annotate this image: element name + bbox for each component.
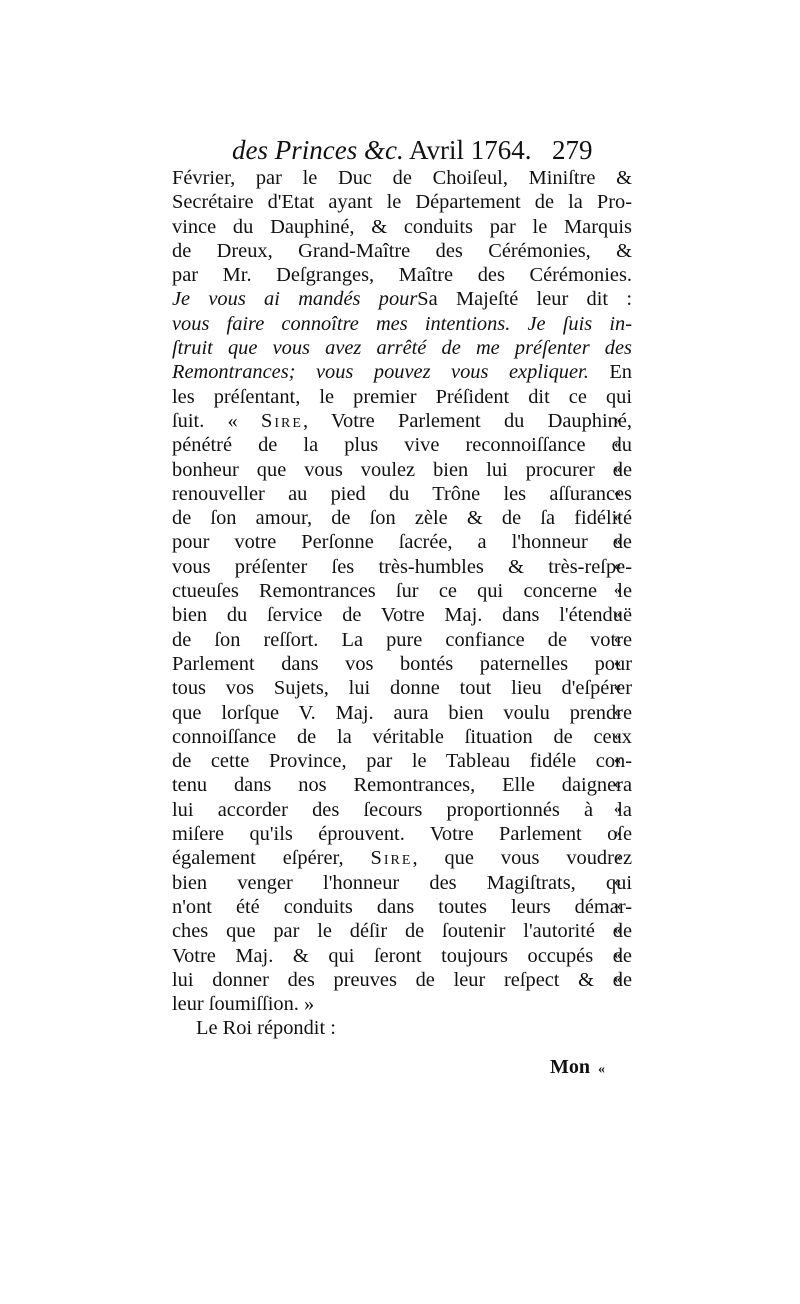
- text-line: de ſon amour, de ſon zèle & de ſa fidéli…: [172, 506, 632, 530]
- catchword: Mon«: [550, 1056, 605, 1079]
- marginal-quote-mark: «: [614, 822, 621, 846]
- line-text: de ſon amour, de ſon zèle & de ſa fidéli…: [172, 507, 632, 529]
- line-text: que lorſque V. Maj. aura bien voulu pren…: [172, 702, 632, 724]
- line-text: Le Roi répondit :: [196, 1017, 336, 1039]
- line-text: ſuit. «: [172, 410, 261, 432]
- marginal-quote-mark: «: [614, 409, 621, 433]
- marginal-quote-mark: «: [614, 798, 621, 822]
- marginal-quote-mark: «: [614, 652, 621, 676]
- marginal-quote-mark: «: [614, 628, 621, 652]
- marginal-quote-mark: «: [614, 458, 621, 482]
- running-title-italic: des Princes &c.: [232, 135, 404, 165]
- marginal-quote-mark: «: [614, 968, 621, 992]
- line-text: , Votre Parlement du Dauphiné,: [303, 410, 632, 432]
- catchword-text: Mon: [550, 1056, 590, 1078]
- text-line: lui donner des preuves de leur reſpect &…: [172, 968, 632, 992]
- marginal-quote-mark: «: [614, 725, 621, 749]
- marginal-quote-mark: «: [614, 773, 621, 797]
- line-text: leur ſoumiſſion. »: [172, 993, 314, 1015]
- marginal-quote-mark: «: [614, 895, 621, 919]
- text-line: ſtruit que vous avez arrêté de me préſen…: [172, 336, 632, 360]
- marginal-quote-mark: «: [614, 919, 621, 943]
- small-caps-text: Sire: [371, 847, 413, 869]
- italic-speech: Je vous ai mandés pour: [172, 288, 417, 310]
- line-text: , que vous voudrez: [412, 847, 632, 869]
- line-text: Sa Majeſté leur dit :: [417, 288, 632, 310]
- text-line: par Mr. Deſgranges, Maître des Cérémonie…: [172, 263, 632, 287]
- text-line: leur ſoumiſſion. »: [172, 992, 632, 1016]
- line-text: par Mr. Deſgranges, Maître des Cérémonie…: [172, 264, 632, 286]
- line-text: vince du Dauphiné, & conduits par le Mar…: [172, 216, 632, 238]
- text-line: de ſon reſſort. La pure confiance de vot…: [172, 628, 632, 652]
- text-line: pénétré de la plus vive reconnoiſſance d…: [172, 433, 632, 457]
- marginal-quote-mark: «: [614, 579, 621, 603]
- line-text: Parlement dans vos bontés paternelles po…: [172, 653, 632, 675]
- line-text: connoiſſance de la véritable ſituation d…: [172, 726, 632, 748]
- line-text: tenu dans nos Remontrances, Elle daigner…: [172, 774, 632, 796]
- text-line: bien venger l'honneur des Magiſtrats, qu…: [172, 871, 632, 895]
- text-line: renouveller au pied du Trône les aſſuran…: [172, 482, 632, 506]
- page-number: 279: [552, 133, 593, 167]
- line-text: ctueuſes Remontrances ſur ce qui concern…: [172, 580, 632, 602]
- marginal-quote-mark: «: [614, 871, 621, 895]
- text-line: Secrétaire d'Etat ayant le Département d…: [172, 190, 632, 214]
- text-line: Février, par le Duc de Choiſeul, Miniſtr…: [172, 166, 632, 190]
- line-text: bonheur que vous voulez bien lui procure…: [172, 459, 632, 481]
- line-text: Secrétaire d'Etat ayant le Département d…: [172, 191, 632, 213]
- line-text: les préſentant, le premier Préſident dit…: [172, 386, 632, 408]
- marginal-quote-mark: «: [614, 701, 621, 725]
- text-line: ches que par le déſir de ſoutenir l'auto…: [172, 919, 632, 943]
- book-page: des Princes &c. Avril 1764. 279 Février,…: [0, 0, 800, 1304]
- marginal-quote-mark: «: [614, 482, 621, 506]
- text-line: ctueuſes Remontrances ſur ce qui concern…: [172, 579, 632, 603]
- line-text: lui accorder des ſecours proportionnés à…: [172, 799, 632, 821]
- marginal-quote-mark: «: [614, 555, 621, 579]
- line-text: de cette Province, par le Tableau fidéle…: [172, 750, 632, 772]
- marginal-quote-mark: «: [614, 603, 621, 627]
- italic-speech: vous faire connoître mes intentions. Je …: [172, 313, 632, 335]
- text-line: tous vos Sujets, lui donne tout lieu d'e…: [172, 676, 632, 700]
- text-line: n'ont été conduits dans toutes leurs dém…: [172, 895, 632, 919]
- line-text: pénétré de la plus vive reconnoiſſance d…: [172, 434, 632, 456]
- line-text: tous vos Sujets, lui donne tout lieu d'e…: [172, 677, 632, 699]
- text-line: de Dreux, Grand-Maître des Cérémonies, &: [172, 239, 632, 263]
- text-line: que lorſque V. Maj. aura bien voulu pren…: [172, 701, 632, 725]
- text-line: Remontrances; vous pouvez vous expliquer…: [172, 360, 632, 384]
- line-text: renouveller au pied du Trône les aſſuran…: [172, 483, 632, 505]
- line-text: également eſpérer,: [172, 847, 371, 869]
- text-line: ſuit. « Sire, Votre Parlement du Dauphin…: [172, 409, 632, 433]
- marginal-quote-mark: «: [614, 944, 621, 968]
- text-line: connoiſſance de la véritable ſituation d…: [172, 725, 632, 749]
- line-text: pour votre Perſonne ſacrée, a l'honneur …: [172, 531, 632, 553]
- text-line: pour votre Perſonne ſacrée, a l'honneur …: [172, 530, 632, 554]
- text-line: lui accorder des ſecours proportionnés à…: [172, 798, 632, 822]
- line-text: bien du ſervice de Votre Maj. dans l'éte…: [172, 604, 632, 626]
- text-line: Je vous ai mandés pourSa Majeſté leur di…: [172, 287, 632, 311]
- line-text: Février, par le Duc de Choiſeul, Miniſtr…: [172, 167, 632, 189]
- running-title-roman: Avril 1764.: [409, 135, 532, 165]
- line-text: En: [589, 361, 632, 383]
- text-line: vince du Dauphiné, & conduits par le Mar…: [172, 215, 632, 239]
- text-line: Votre Maj. & qui ſeront toujours occupés…: [172, 944, 632, 968]
- small-caps-text: Sire: [261, 410, 303, 432]
- line-text: lui donner des preuves de leur reſpect &…: [172, 969, 632, 991]
- line-text: n'ont été conduits dans toutes leurs dém…: [172, 896, 632, 918]
- text-line: de cette Province, par le Tableau fidéle…: [172, 749, 632, 773]
- line-text: Votre Maj. & qui ſeront toujours occupés…: [172, 945, 632, 967]
- running-header: des Princes &c. Avril 1764. 279: [232, 133, 642, 167]
- text-line: bien du ſervice de Votre Maj. dans l'éte…: [172, 603, 632, 627]
- marginal-quote-mark: «: [614, 846, 621, 870]
- text-line: vous faire connoître mes intentions. Je …: [172, 312, 632, 336]
- catchword-quote-mark: «: [598, 1062, 605, 1077]
- marginal-quote-mark: «: [614, 676, 621, 700]
- text-line: miſere qu'ils éprouvent. Votre Parlement…: [172, 822, 632, 846]
- text-line: tenu dans nos Remontrances, Elle daigner…: [172, 773, 632, 797]
- italic-speech: ſtruit que vous avez arrêté de me préſen…: [172, 337, 632, 359]
- marginal-quote-mark: «: [614, 506, 621, 530]
- line-text: miſere qu'ils éprouvent. Votre Parlement…: [172, 823, 632, 845]
- line-text: de ſon reſſort. La pure confiance de vot…: [172, 629, 632, 651]
- text-line: bonheur que vous voulez bien lui procure…: [172, 458, 632, 482]
- text-line: Le Roi répondit :: [172, 1016, 632, 1040]
- body-text: Février, par le Duc de Choiſeul, Miniſtr…: [172, 166, 632, 1041]
- text-line: les préſentant, le premier Préſident dit…: [172, 385, 632, 409]
- line-text: vous préſenter ſes très-humbles & très-r…: [172, 556, 632, 578]
- text-line: également eſpérer, Sire, que vous voudre…: [172, 846, 632, 870]
- marginal-quote-mark: «: [614, 530, 621, 554]
- line-text: de Dreux, Grand-Maître des Cérémonies, &: [172, 240, 632, 262]
- line-text: bien venger l'honneur des Magiſtrats, qu…: [172, 872, 632, 894]
- line-text: ches que par le déſir de ſoutenir l'auto…: [172, 920, 632, 942]
- text-line: Parlement dans vos bontés paternelles po…: [172, 652, 632, 676]
- marginal-quote-mark: «: [614, 749, 621, 773]
- text-line: vous préſenter ſes très-humbles & très-r…: [172, 555, 632, 579]
- italic-speech: Remontrances; vous pouvez vous expliquer…: [172, 361, 589, 383]
- marginal-quote-mark: «: [614, 433, 621, 457]
